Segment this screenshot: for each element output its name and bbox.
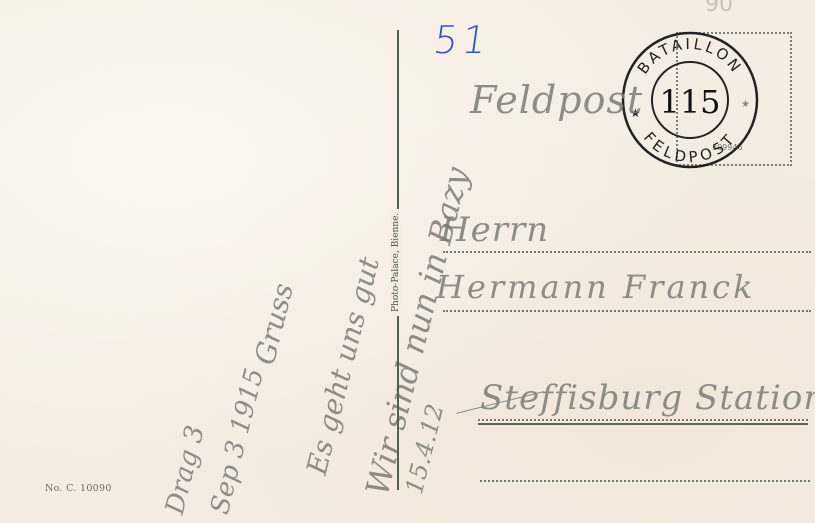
pencil-mark: 90	[705, 0, 733, 17]
address-line-4	[480, 480, 810, 482]
svg-text:★: ★	[741, 99, 750, 110]
message-line-5: Drag 3	[160, 422, 211, 517]
address-line-1	[443, 251, 811, 253]
address-name: Hermann Franck	[436, 268, 755, 306]
svg-text:FELDPOST: FELDPOST	[640, 129, 740, 167]
reference-number: 51	[431, 18, 494, 62]
address-salutation: Herrn	[440, 210, 549, 250]
address-line-3	[478, 419, 808, 425]
message-line-3: Gruss	[248, 280, 300, 368]
svg-text:BATAILLON: BATAILLON	[634, 35, 746, 77]
address-town: Steffisburg Station	[480, 378, 815, 418]
address-line-2	[443, 310, 811, 312]
postcard: 90 51 Wir sind nun in Bazy Es geht uns g…	[0, 0, 815, 523]
card-number: No. C. 10090	[45, 483, 112, 494]
publisher-imprint: Photo-Palace, Bienne.	[391, 209, 401, 316]
svg-text:115: 115	[659, 83, 720, 121]
address-service-line: Feldpost	[470, 78, 643, 122]
message-line-4: Sep 3 1915	[205, 365, 270, 517]
